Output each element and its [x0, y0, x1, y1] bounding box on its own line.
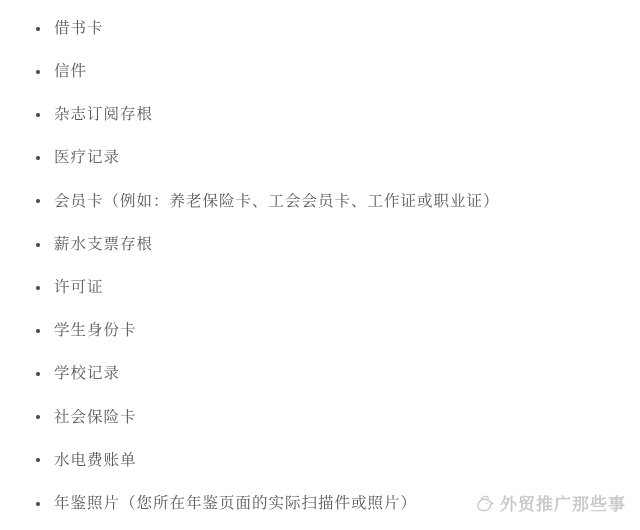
- document-bullet-list: 借书卡 信件 杂志订阅存根 医疗记录 会员卡（例如：养老保险卡、工会会员卡、工作…: [0, 0, 640, 525]
- list-item-text: 信件: [54, 64, 87, 80]
- list-item: 薪水支票存根: [36, 223, 640, 266]
- list-item-text: 水电费账单: [54, 453, 137, 469]
- list-item-text: 年鉴照片（您所在年鉴页面的实际扫描件或照片）: [54, 496, 417, 512]
- bullet-icon: [36, 27, 40, 31]
- list-item-text: 借书卡: [54, 21, 104, 37]
- list-item-text: 社会保险卡: [54, 410, 137, 426]
- rooster-logo-icon: [474, 494, 495, 515]
- bullet-icon: [36, 113, 40, 117]
- list-item: 社会保险卡: [36, 396, 640, 439]
- list-item-text: 会员卡（例如：养老保险卡、工会会员卡、工作证或职业证）: [54, 194, 500, 210]
- watermark: 外贸推广那些事: [474, 494, 626, 515]
- list-item-text: 医疗记录: [54, 150, 120, 166]
- list-item: 学校记录: [36, 353, 640, 396]
- bullet-icon: [36, 415, 40, 419]
- bullet-icon: [36, 502, 40, 506]
- bullet-icon: [36, 286, 40, 290]
- list-item: 许可证: [36, 266, 640, 309]
- list-item-text: 薪水支票存根: [54, 237, 153, 253]
- bullet-icon: [36, 329, 40, 333]
- bullet-icon: [36, 156, 40, 160]
- bullet-icon: [36, 458, 40, 462]
- bullet-icon: [36, 199, 40, 203]
- bullet-icon: [36, 70, 40, 74]
- list-item: 借书卡: [36, 7, 640, 50]
- bullet-icon: [36, 243, 40, 247]
- list-item-text: 学校记录: [54, 366, 120, 382]
- list-item: 水电费账单: [36, 439, 640, 482]
- list-item-text: 许可证: [54, 280, 104, 296]
- list-item: 医疗记录: [36, 137, 640, 180]
- list-item: 学生身份卡: [36, 309, 640, 352]
- list-item-text: 学生身份卡: [54, 323, 137, 339]
- list-item: 信件: [36, 50, 640, 93]
- list-item: 会员卡（例如：养老保险卡、工会会员卡、工作证或职业证）: [36, 180, 640, 223]
- bullet-icon: [36, 372, 40, 376]
- watermark-text: 外贸推广那些事: [500, 496, 626, 513]
- list-item-text: 杂志订阅存根: [54, 107, 153, 123]
- list-item: 杂志订阅存根: [36, 93, 640, 136]
